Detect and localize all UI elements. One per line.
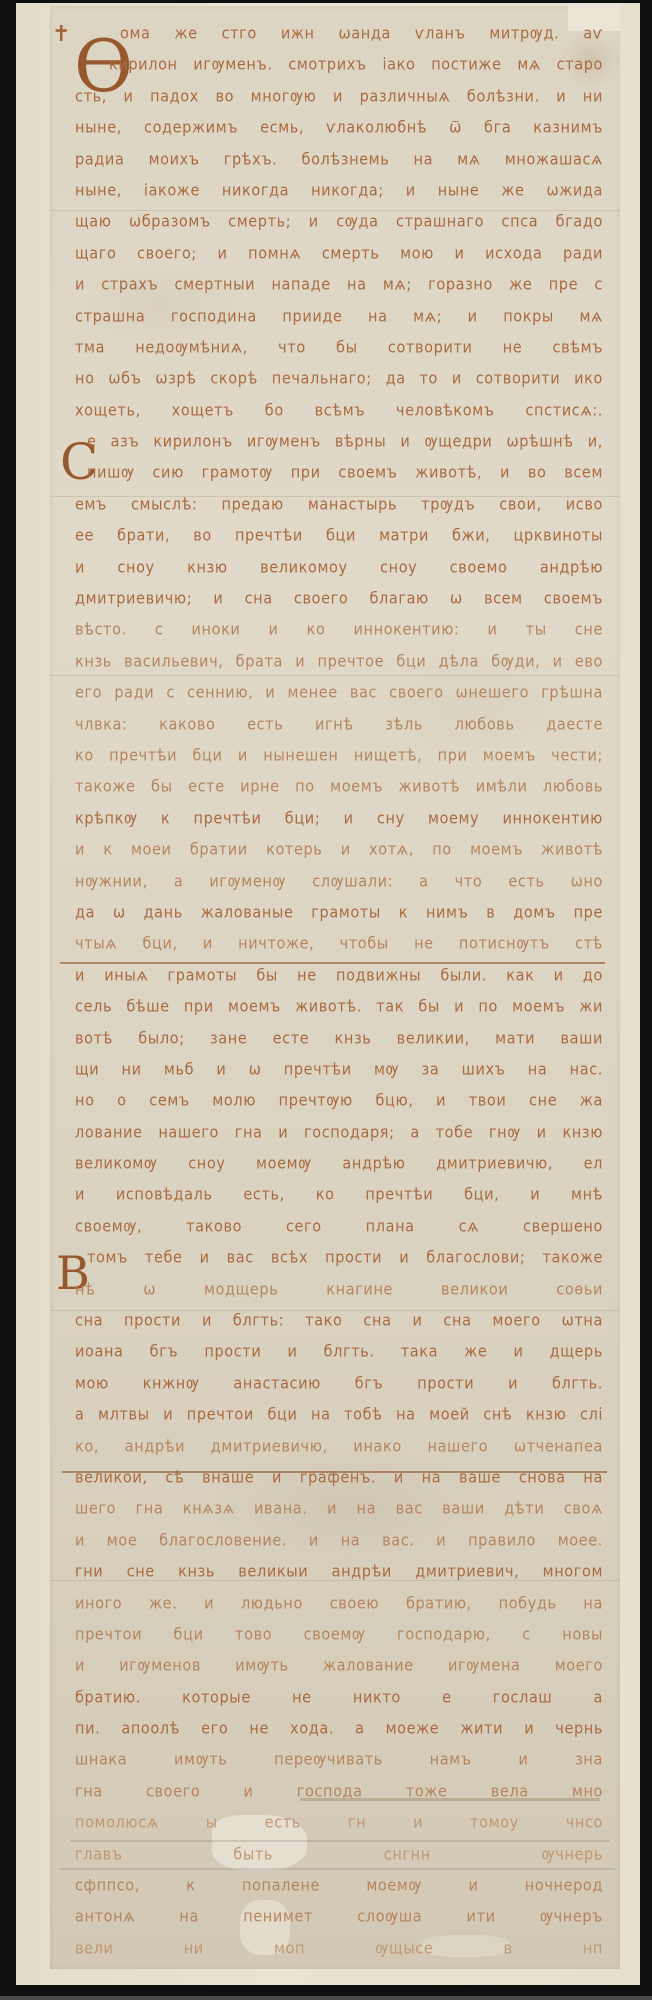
manuscript-line: щаго своего; и помнѧ смерть мою и исхода… (75, 237, 603, 272)
manuscript-line: и к моеи братии котерь и хотѧ, по моемъ … (75, 833, 603, 868)
manuscript-line: своемѹ, таково сего плана сѧ свершено (75, 1210, 603, 1245)
manuscript-line: антонѧ на пенимет слоѹша ити ѹчнеръ (75, 1901, 603, 1936)
strikethrough-mark (62, 1471, 607, 1473)
manuscript-line: и страхъ смертныи нападе на мѧ; горазно … (75, 268, 603, 303)
manuscript-line: братию. которые не никто е гослаш а (75, 1681, 603, 1716)
manuscript-line: иоана бгъ прости и блгть. така же и дщер… (75, 1336, 603, 1371)
manuscript-line: кнзь васильевич, брата и пречтое бци дѣл… (75, 645, 603, 680)
manuscript-line: е азъ кирилонъ игѹменъ вѣрны и ѹщедри ѡр… (75, 425, 603, 460)
manuscript-line: сфппсо, к попалене моемѹ и ночнерод (75, 1869, 603, 1904)
manuscript-line: а млтвы и пречтои бци на тобѣ на моей сн… (75, 1398, 603, 1433)
manuscript-line: и игѹменов имѹть жалование игѹмена моего (75, 1649, 603, 1684)
manuscript-line: сель бѣше при моемъ животѣ. так бы и по … (75, 990, 603, 1025)
manuscript-line: гни сне кнзь великыи андрѣи дмитриевич, … (75, 1555, 603, 1590)
manuscript-line: но ѡбъ ѡзрѣ скорѣ печальнаго; да то и со… (75, 362, 603, 397)
manuscript-line: гна своего и господа тоже вела мно (75, 1775, 603, 1810)
manuscript-line: томъ тебе и вас всѣх прости и благослови… (75, 1241, 603, 1276)
manuscript-line: пишѹ сию грамотѹ при своемъ животѣ, и во… (75, 457, 603, 492)
manuscript-line: емъ смыслѣ: предаю манастырь трѹдъ свои,… (75, 488, 603, 523)
manuscript-line: главъ быть снгнн ѹчнерь (75, 1838, 603, 1873)
manuscript-text: ома же стго ижн ѡанда ѵланъ митрѹд. аѵ к… (75, 19, 603, 1965)
manuscript-line: тма недоѹмѣниѧ, что бы сотворити не свѣм… (75, 331, 603, 366)
manuscript-line: его ради с сеннию, и менее вас своего ѡн… (75, 676, 603, 711)
manuscript-line: ныне, іакоже никогда никогда; и ныне же … (75, 174, 603, 209)
manuscript-line: вотѣ было; зане есте кнзь великии, мати … (75, 1022, 603, 1057)
manuscript-line: члвка: каково есть игнѣ зѣль любовь даес… (75, 708, 603, 743)
manuscript-line-struck: чтыѧ бци, и ничтоже, чтобы не потиснѹтъ … (75, 927, 603, 962)
manuscript-line: вели ни моп ѹщысе в нп (75, 1932, 603, 1967)
strikethrough-mark (60, 962, 605, 964)
manuscript-line: ныне, содержимъ есмь, ѵлаколюбнѣ ѿ бга к… (75, 111, 603, 146)
manuscript-line: помолюсѧ ы есть гн и томоу чнсо (75, 1806, 603, 1841)
manuscript-line: ко пречтѣи бци и нынешен нищетѣ, при мое… (75, 739, 603, 774)
manuscript-line: нѹжнии, а игѹменѹ слѹшали: а что есть ѡн… (75, 865, 603, 900)
manuscript-line: но о семъ молю пречтѹю бцю, и твои сне ж… (75, 1084, 603, 1119)
manuscript-line: радиа моихъ грѣхъ. болѣзнемь на мѧ множа… (75, 143, 603, 178)
manuscript-line: страшна господина прииде на мѧ; и покры … (75, 300, 603, 335)
manuscript-line: мою кнжнѹ анастасию бгъ прости и блгть. (75, 1367, 603, 1402)
manuscript-line: ома же стго ижн ѡанда ѵланъ митрѹд. аѵ (75, 17, 603, 52)
manuscript-line: щаю ѡбразомъ смерть; и сѹда страшнаго сп… (75, 205, 603, 240)
manuscript-line: пречтои бци тово своемѹ господарю, с нов… (75, 1618, 603, 1653)
manuscript-line: лование нашего гна и господаря; а тобе г… (75, 1116, 603, 1151)
manuscript-line: нѣ ѡ модщерь кнагине великои соѳьи (75, 1273, 603, 1308)
manuscript-line: шего гна кнѧзѧ ивана. и на вас ваши дѣти… (75, 1492, 603, 1527)
manuscript-line: вѣсто. с иноки и ко иннокентию: и ты сне (75, 614, 603, 649)
frame-edge (0, 1996, 652, 2000)
manuscript-line: иного же. и людьно своею братию, побудь … (75, 1587, 603, 1622)
manuscript-line: такоже бы есте ирне по моемъ животѣ имѣл… (75, 770, 603, 805)
manuscript-line: шнака имѹть переѹчивать намъ и зна (75, 1744, 603, 1779)
manuscript-line: хощеть, хощетъ бо всѣмъ человѣкомъ спсти… (75, 394, 603, 429)
manuscript-line: великомѹ сноу моемѹ андрѣю дмитриевичю, … (75, 1147, 603, 1182)
manuscript-line: великои, сѣ внаше и графенъ. и на ваше с… (75, 1461, 603, 1496)
manuscript-line: и исповѣдаль есть, ко пречтѣи бци, и мнѣ (75, 1179, 603, 1214)
cross-icon: ✝ (52, 24, 70, 46)
manuscript-line: да ѡ дань жалованые грамоты к нимъ в дом… (75, 896, 603, 931)
manuscript-line: ее брати, во пречтѣи бци матри бжи, цркв… (75, 519, 603, 554)
manuscript-line: сть, и падох во многѹю и различныѧ болѣз… (75, 80, 603, 115)
manuscript-line: пи. апоолѣ его не хода. а моеже жити и ч… (75, 1712, 603, 1747)
manuscript-line: и иныѧ грамоты бы не подвижны были. как … (75, 959, 603, 994)
manuscript-line: и сноу кнзю великомоу сноу своемо андрѣю (75, 551, 603, 586)
manuscript-line: крѣпкѹ к пречтѣи бци; и сну моему инноке… (75, 802, 603, 837)
manuscript-line: сна прости и блгть: тако сна и сна моего… (75, 1304, 603, 1339)
manuscript-line: щи ни мьб и ѡ пречтѣи мѹ за шихъ на нас. (75, 1053, 603, 1088)
manuscript-line: и мое благословение. и на вас. и правило… (75, 1524, 603, 1559)
manuscript-line: кирилон игѹменъ. смотрихъ іако постиже м… (75, 49, 603, 84)
manuscript-line: дмитриевичю; и сна своего благаю ѡ всем … (75, 582, 603, 617)
manuscript-line-struck: ко, андрѣи дмитриевичю, инако нашего ѡтч… (75, 1430, 603, 1465)
